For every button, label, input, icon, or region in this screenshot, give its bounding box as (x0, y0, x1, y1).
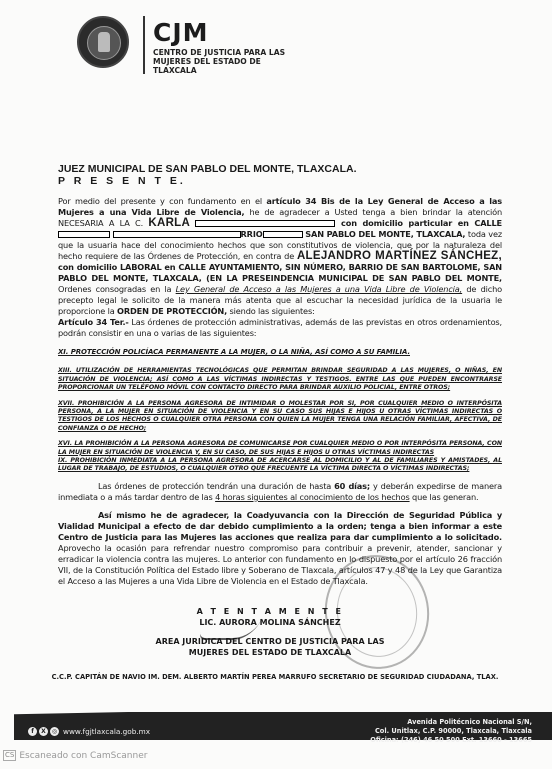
presente: P R E S E N T E. (58, 175, 356, 187)
signature-block: A T E N T A M E N T E LIC. AURORA MOLINA… (150, 606, 390, 658)
fraction-item: XIII. UTILIZACIÓN DE HERRAMIENTAS TECNOL… (58, 367, 502, 392)
seal-icon (77, 16, 129, 68)
text: SAN PABLO DEL MONTE, TLAXCALA, (303, 229, 466, 239)
justice-figure-icon (98, 32, 110, 52)
signer-role-2: MUJERES DEL ESTADO DE TLAXCALA (150, 647, 390, 658)
fraction-item: XVII. PROHIBICIÓN A LA PERSONA AGRESORA … (58, 400, 502, 434)
closing-paragraph: Así mismo he de agradecer, la Coadyuvanc… (58, 510, 502, 587)
text: Ordenes consogradas en la (58, 284, 176, 294)
victim-name: KARLA (148, 217, 190, 229)
request-paragraph: Por medio del presente y con fundamento … (58, 196, 502, 317)
address-line: Avenida Politécnico Nacional S/N, (370, 718, 532, 727)
redaction-box (113, 231, 241, 238)
text: Aprovecho la ocasión para refrendar nues… (58, 543, 502, 586)
duration-days: 60 días; (334, 481, 370, 491)
camscanner-icon: CS (3, 750, 16, 761)
duration-paragraph: Las órdenes de protección tendrán una du… (58, 481, 502, 503)
addressee: JUEZ MUNICIPAL DE SAN PABLO DEL MONTE, T… (58, 163, 356, 187)
x-icon: X (39, 727, 48, 736)
article-paragraph: Artículo 34 Ter.- Las órdenes de protecc… (58, 317, 502, 339)
addressee-title: JUEZ MUNICIPAL DE SAN PABLO DEL MONTE, T… (58, 163, 356, 175)
fraction-item: XI. PROTECCIÓN POLICÍACA PERMANENTE A LA… (58, 348, 502, 356)
redaction-box (195, 220, 335, 227)
text: siendo las siguientes: (227, 306, 315, 316)
text: que las generan. (410, 492, 479, 502)
atentamente: A T E N T A M E N T E (150, 606, 390, 617)
fraction-item: XVI. LA PROHIBICIÓN A LA PERSONA AGRESOR… (58, 440, 502, 457)
article-label: Artículo 34 Ter.- (58, 317, 129, 327)
fraction-item: IX. PROHIBICIÓN INMEDIATA A LA PERSONA A… (58, 457, 502, 474)
redaction-box (263, 231, 303, 238)
footer-address: Avenida Politécnico Nacional S/N, Col. U… (370, 718, 532, 745)
coadjuvance-request: Así mismo he de agradecer, la Coadyuvanc… (58, 510, 502, 542)
institution-name: CENTRO DE JUSTICIA PARA LAS MUJERES DEL … (153, 48, 293, 75)
address-line: Col. Unitlax, C.P. 90000, Tlaxcala, Tlax… (370, 727, 532, 736)
law-reference: Ley General de Acceso a las Mujeres a un… (176, 284, 463, 294)
text: Por medio del presente y con fundamento … (58, 196, 266, 206)
logo-acronym: CJM (153, 18, 209, 47)
ccp-line: C.C.P. CAPITÁN DE NAVIO IM. DEM. ALBERTO… (40, 673, 510, 681)
scanner-label: Escaneado con CamScanner (19, 751, 147, 761)
footer-website: f X ◎ www.fgjtlaxcala.gob.mx (28, 727, 150, 736)
signer-name: LIC. AURORA MOLINA SÁNCHEZ (150, 617, 390, 628)
scanner-watermark: CS Escaneado con CamScanner (3, 750, 147, 761)
redaction-box (58, 231, 110, 238)
signer-role: AREA JURIDICA DEL CENTRO DE JUSTICIA PAR… (150, 636, 390, 647)
letter-body: Por medio del presente y con fundamento … (58, 196, 502, 587)
order-label: ORDEN DE PROTECCIÓN, (117, 306, 227, 316)
aggressor-name: ALEJANDRO MARTÍNEZ SÁNCHEZ, (297, 250, 502, 262)
website-link[interactable]: www.fgjtlaxcala.gob.mx (63, 727, 150, 736)
document-page: CJM CENTRO DE JUSTICIA PARA LAS MUJERES … (0, 0, 552, 769)
duration-hours: 4 horas siguientes al conocimiento de lo… (215, 492, 409, 502)
instagram-icon: ◎ (50, 727, 59, 736)
facebook-icon: f (28, 727, 37, 736)
text: con domicilio particular en CALLE (335, 218, 502, 228)
aggressor-address: con domicilio LABORAL en CALLE AYUNTAMIE… (58, 262, 502, 283)
text: RRIO (241, 229, 263, 239)
logo-divider (143, 16, 145, 74)
text: Las órdenes de protección tendrán una du… (98, 481, 334, 491)
phone: Oficina: (246) 46 50 500 Ext. 13660 - 13… (370, 736, 532, 745)
